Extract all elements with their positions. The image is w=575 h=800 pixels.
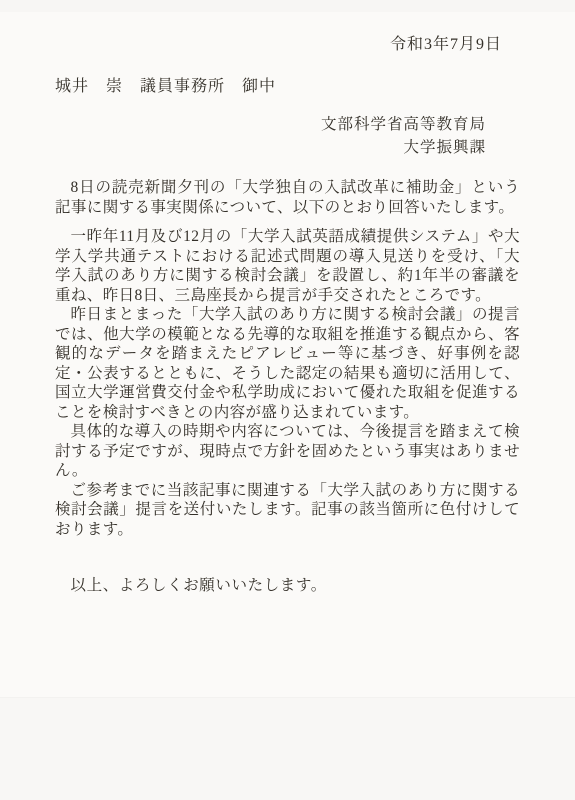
paragraph-intro: 8日の読売新聞夕刊の「大学独自の入試改革に補助金」という記事に関する事実関係につ… — [55, 178, 520, 217]
paragraph-no-decision: 具体的な導入の時期や内容については、今後提言を踏まえて検討する予定ですが、現時点… — [55, 422, 520, 481]
scan-artifact-bottom — [0, 697, 575, 800]
sender-division: 大学振興課 — [55, 136, 486, 159]
letter-addressee: 城井 崇 議員事務所 御中 — [55, 77, 520, 96]
paragraph-background: 一昨年11月及び12月の「大学入試英語成績提供システム」や大学入学共通テストにお… — [55, 227, 520, 305]
letter-content: 令和3年7月9日 城井 崇 議員事務所 御中 文部科学省高等教育局 大学振興課 … — [0, 35, 575, 596]
letter-sender-block: 文部科学省高等教育局 大学振興課 — [55, 113, 520, 159]
letter-date: 令和3年7月9日 — [55, 35, 520, 54]
paragraph-attachment: ご参考までに当該記事に関連する「大学入試のあり方に関する検討会議」提言を送付いた… — [55, 481, 520, 540]
letter-closing: 以上、よろしくお願いいたします。 — [55, 576, 520, 596]
scanned-letter-page: 令和3年7月9日 城井 崇 議員事務所 御中 文部科学省高等教育局 大学振興課 … — [0, 0, 575, 800]
sender-bureau: 文部科学省高等教育局 — [55, 113, 486, 136]
scan-artifact-top — [0, 0, 575, 12]
letter-body: 8日の読売新聞夕刊の「大学独自の入試改革に補助金」という記事に関する事実関係につ… — [55, 178, 520, 539]
paragraph-proposal-content: 昨日まとまった「大学入試のあり方に関する検討会議」の提言では、他大学の模範となる… — [55, 305, 520, 422]
